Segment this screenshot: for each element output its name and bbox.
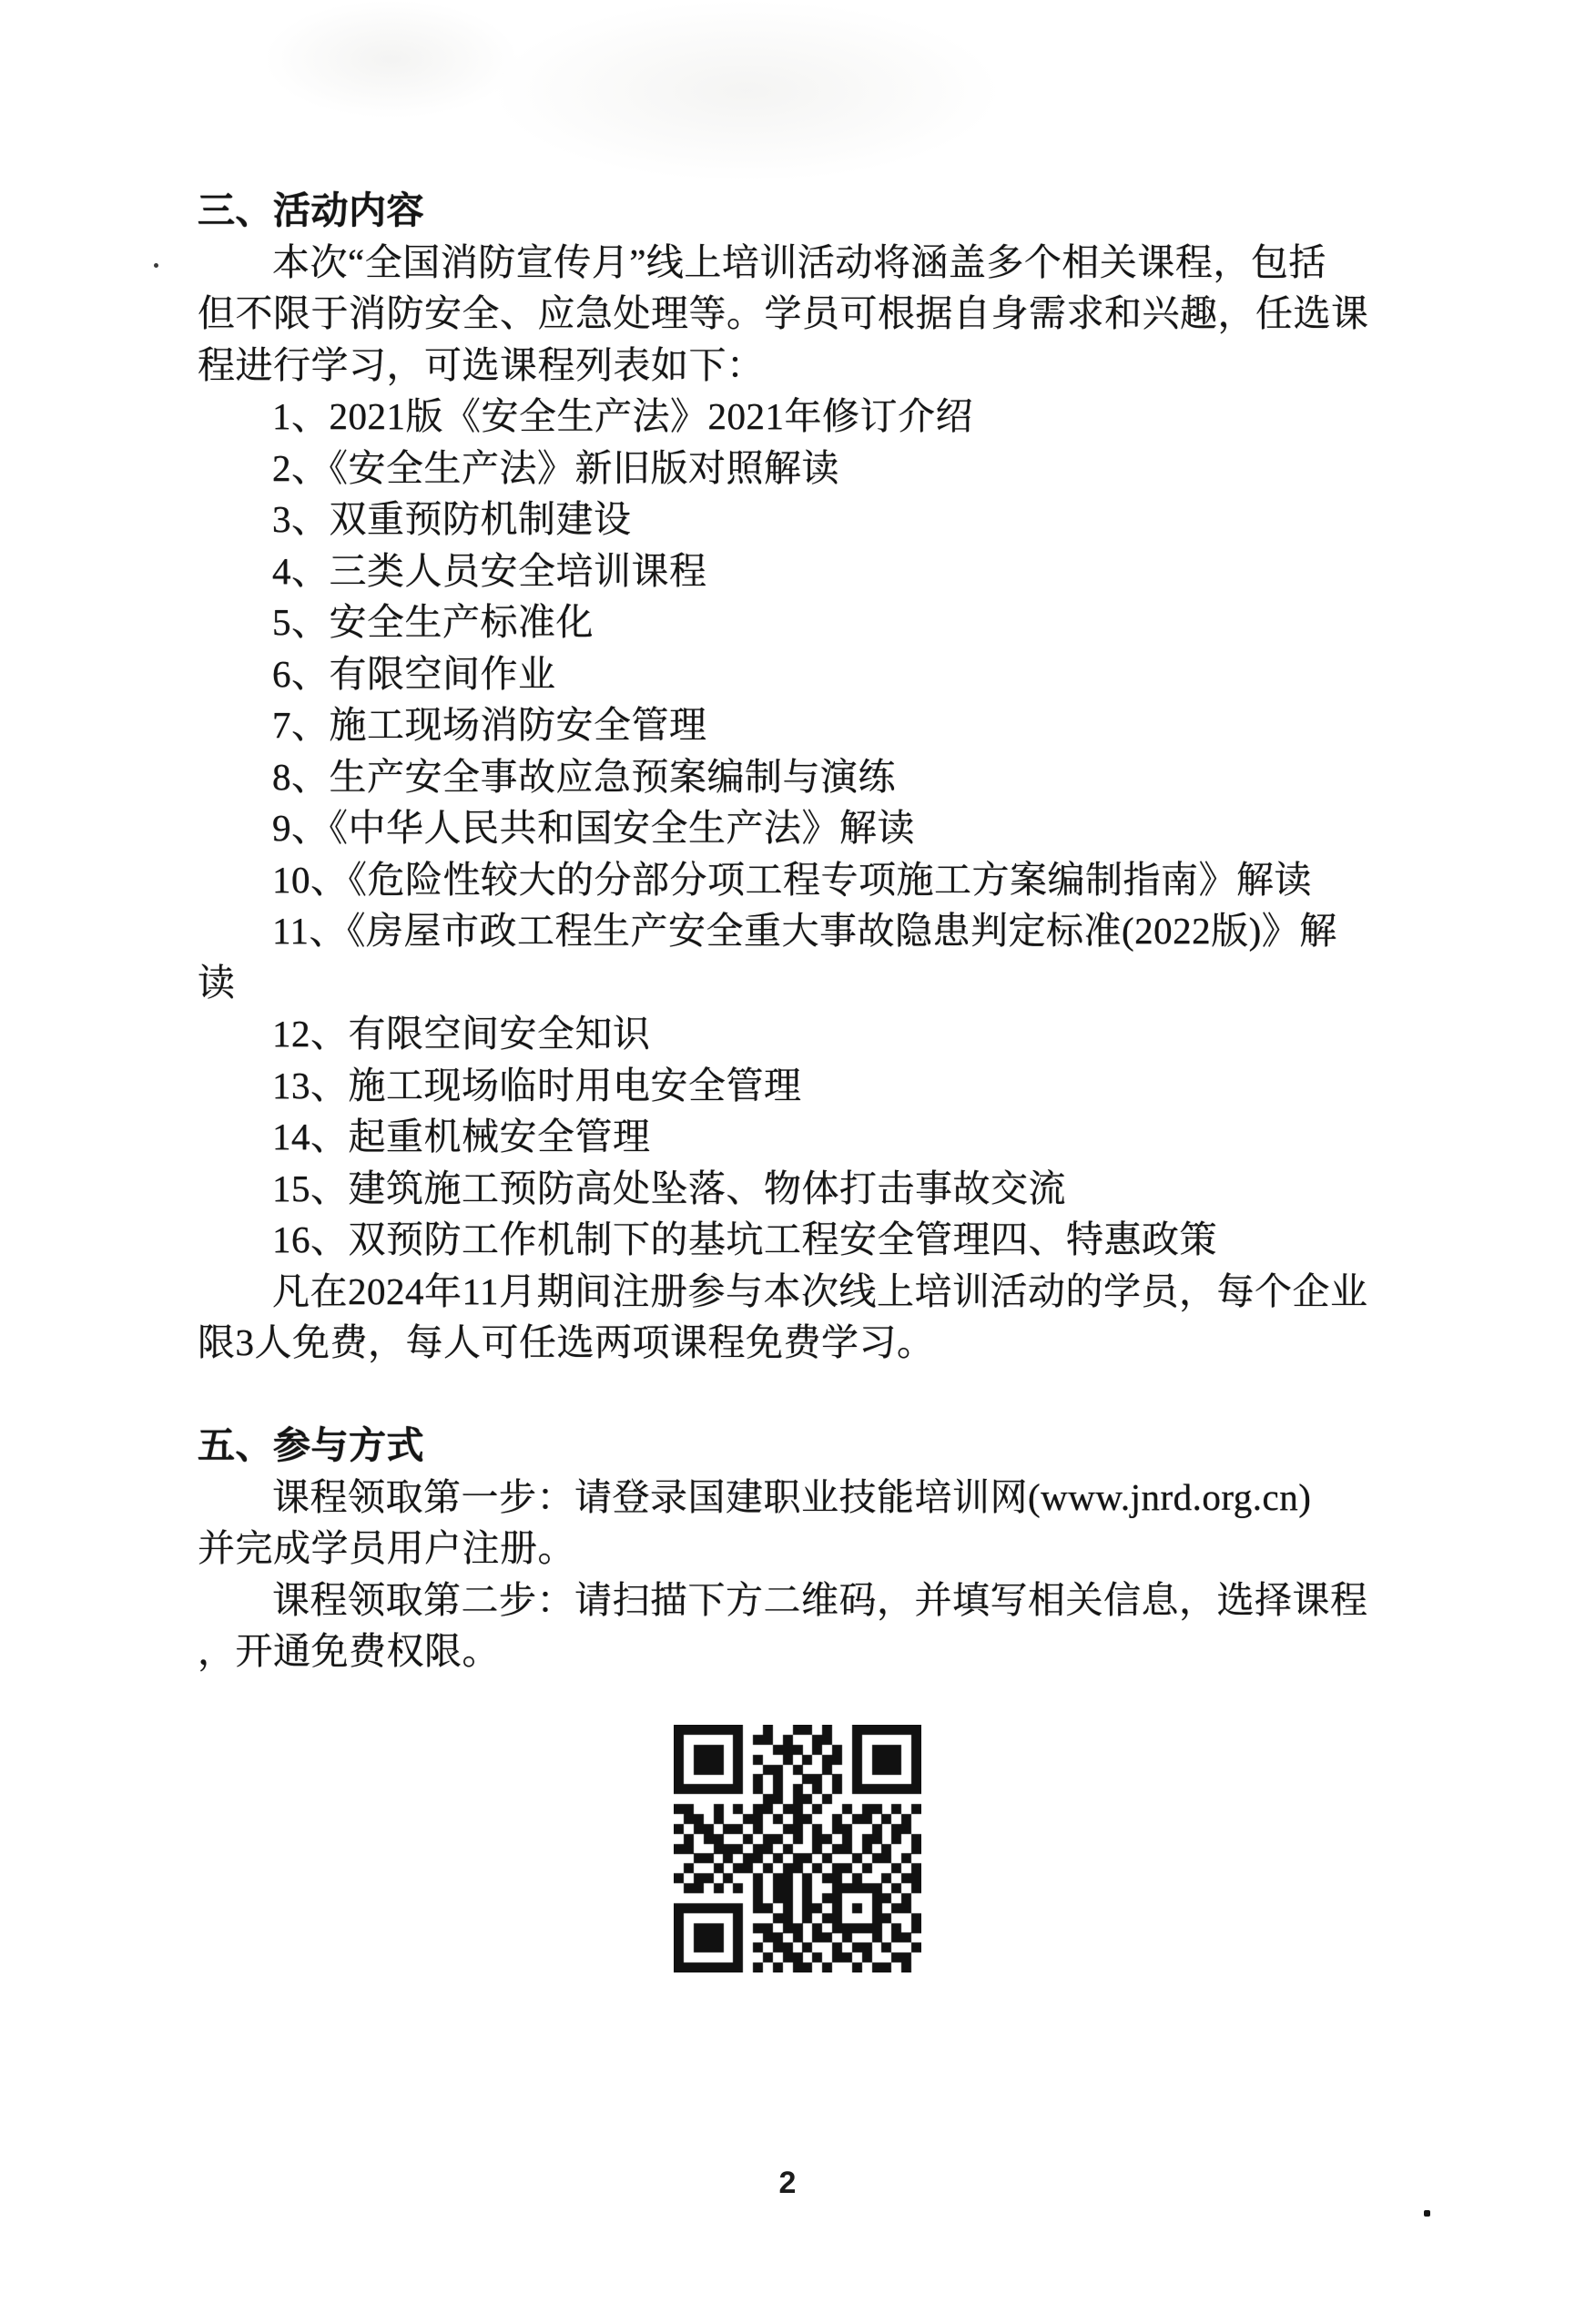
text-line: 3、双重预防机制建设 [198, 494, 1408, 545]
text-line: 16、双预防工作机制下的基坑工程安全管理四、特惠政策 [198, 1214, 1408, 1266]
section-heading: 五、参与方式 [198, 1420, 1408, 1472]
text-line: 8、生产安全事故应急预案编制与演练 [198, 751, 1408, 803]
text-line: 13、施工现场临时用电安全管理 [198, 1060, 1408, 1112]
qr-code [674, 1725, 921, 1972]
scan-smudge [264, 0, 519, 118]
text-line: 但不限于消防安全、应急处理等。学员可根据自身需求和兴趣，任选课 [198, 288, 1408, 340]
text-line: ，开通免费权限。 [198, 1626, 1408, 1677]
text-line: 本次“全国消防宣传月”线上培训活动将涵盖多个相关课程，包括 [198, 237, 1408, 289]
text-line: 2、《安全生产法》新旧版对照解读 [198, 443, 1408, 494]
page-number: 2 [742, 2166, 833, 2201]
text-line: 12、有限空间安全知识 [198, 1008, 1408, 1060]
scan-smudge [492, 0, 1001, 182]
text-line: 课程领取第一步：请登录国建职业技能培训网(www.jnrd.org.cn) [198, 1472, 1408, 1524]
text-line: 6、有限空间作业 [198, 648, 1408, 700]
text-line: 10、《危险性较大的分部分项工程专项施工方案编制指南》解读 [198, 854, 1408, 906]
scan-speck [1424, 2210, 1430, 2217]
text-line: 14、起重机械安全管理 [198, 1111, 1408, 1163]
scan-speck [154, 263, 158, 268]
document-lines: 三、活动内容本次“全国消防宣传月”线上培训活动将涵盖多个相关课程，包括但不限于消… [198, 185, 1408, 1677]
text-line: 11、《房屋市政工程生产安全重大事故隐患判定标准(2022版)》解 [198, 905, 1408, 957]
scanned-document-page: 三、活动内容本次“全国消防宣传月”线上培训活动将涵盖多个相关课程，包括但不限于消… [0, 0, 1575, 2324]
text-line [198, 1369, 1408, 1421]
section-heading: 三、活动内容 [198, 185, 1408, 237]
text-line: 并完成学员用户注册。 [198, 1523, 1408, 1575]
text-line: 限3人免费，每人可任选两项课程免费学习。 [198, 1317, 1408, 1369]
text-line: 5、安全生产标准化 [198, 596, 1408, 648]
text-line: 4、三类人员安全培训课程 [198, 545, 1408, 597]
text-line: 9、《中华人民共和国安全生产法》解读 [198, 802, 1408, 854]
text-line: 读 [198, 957, 1408, 1009]
text-line: 15、建筑施工预防高处坠落、物体打击事故交流 [198, 1163, 1408, 1215]
text-line: 7、施工现场消防安全管理 [198, 699, 1408, 751]
text-line: 程进行学习，可选课程列表如下： [198, 340, 1408, 392]
text-line: 1、2021版《安全生产法》2021年修订介绍 [198, 391, 1408, 443]
text-line: 凡在2024年11月期间注册参与本次线上培训活动的学员，每个企业 [198, 1266, 1408, 1318]
text-line: 课程领取第二步：请扫描下方二维码，并填写相关信息，选择课程 [198, 1575, 1408, 1626]
